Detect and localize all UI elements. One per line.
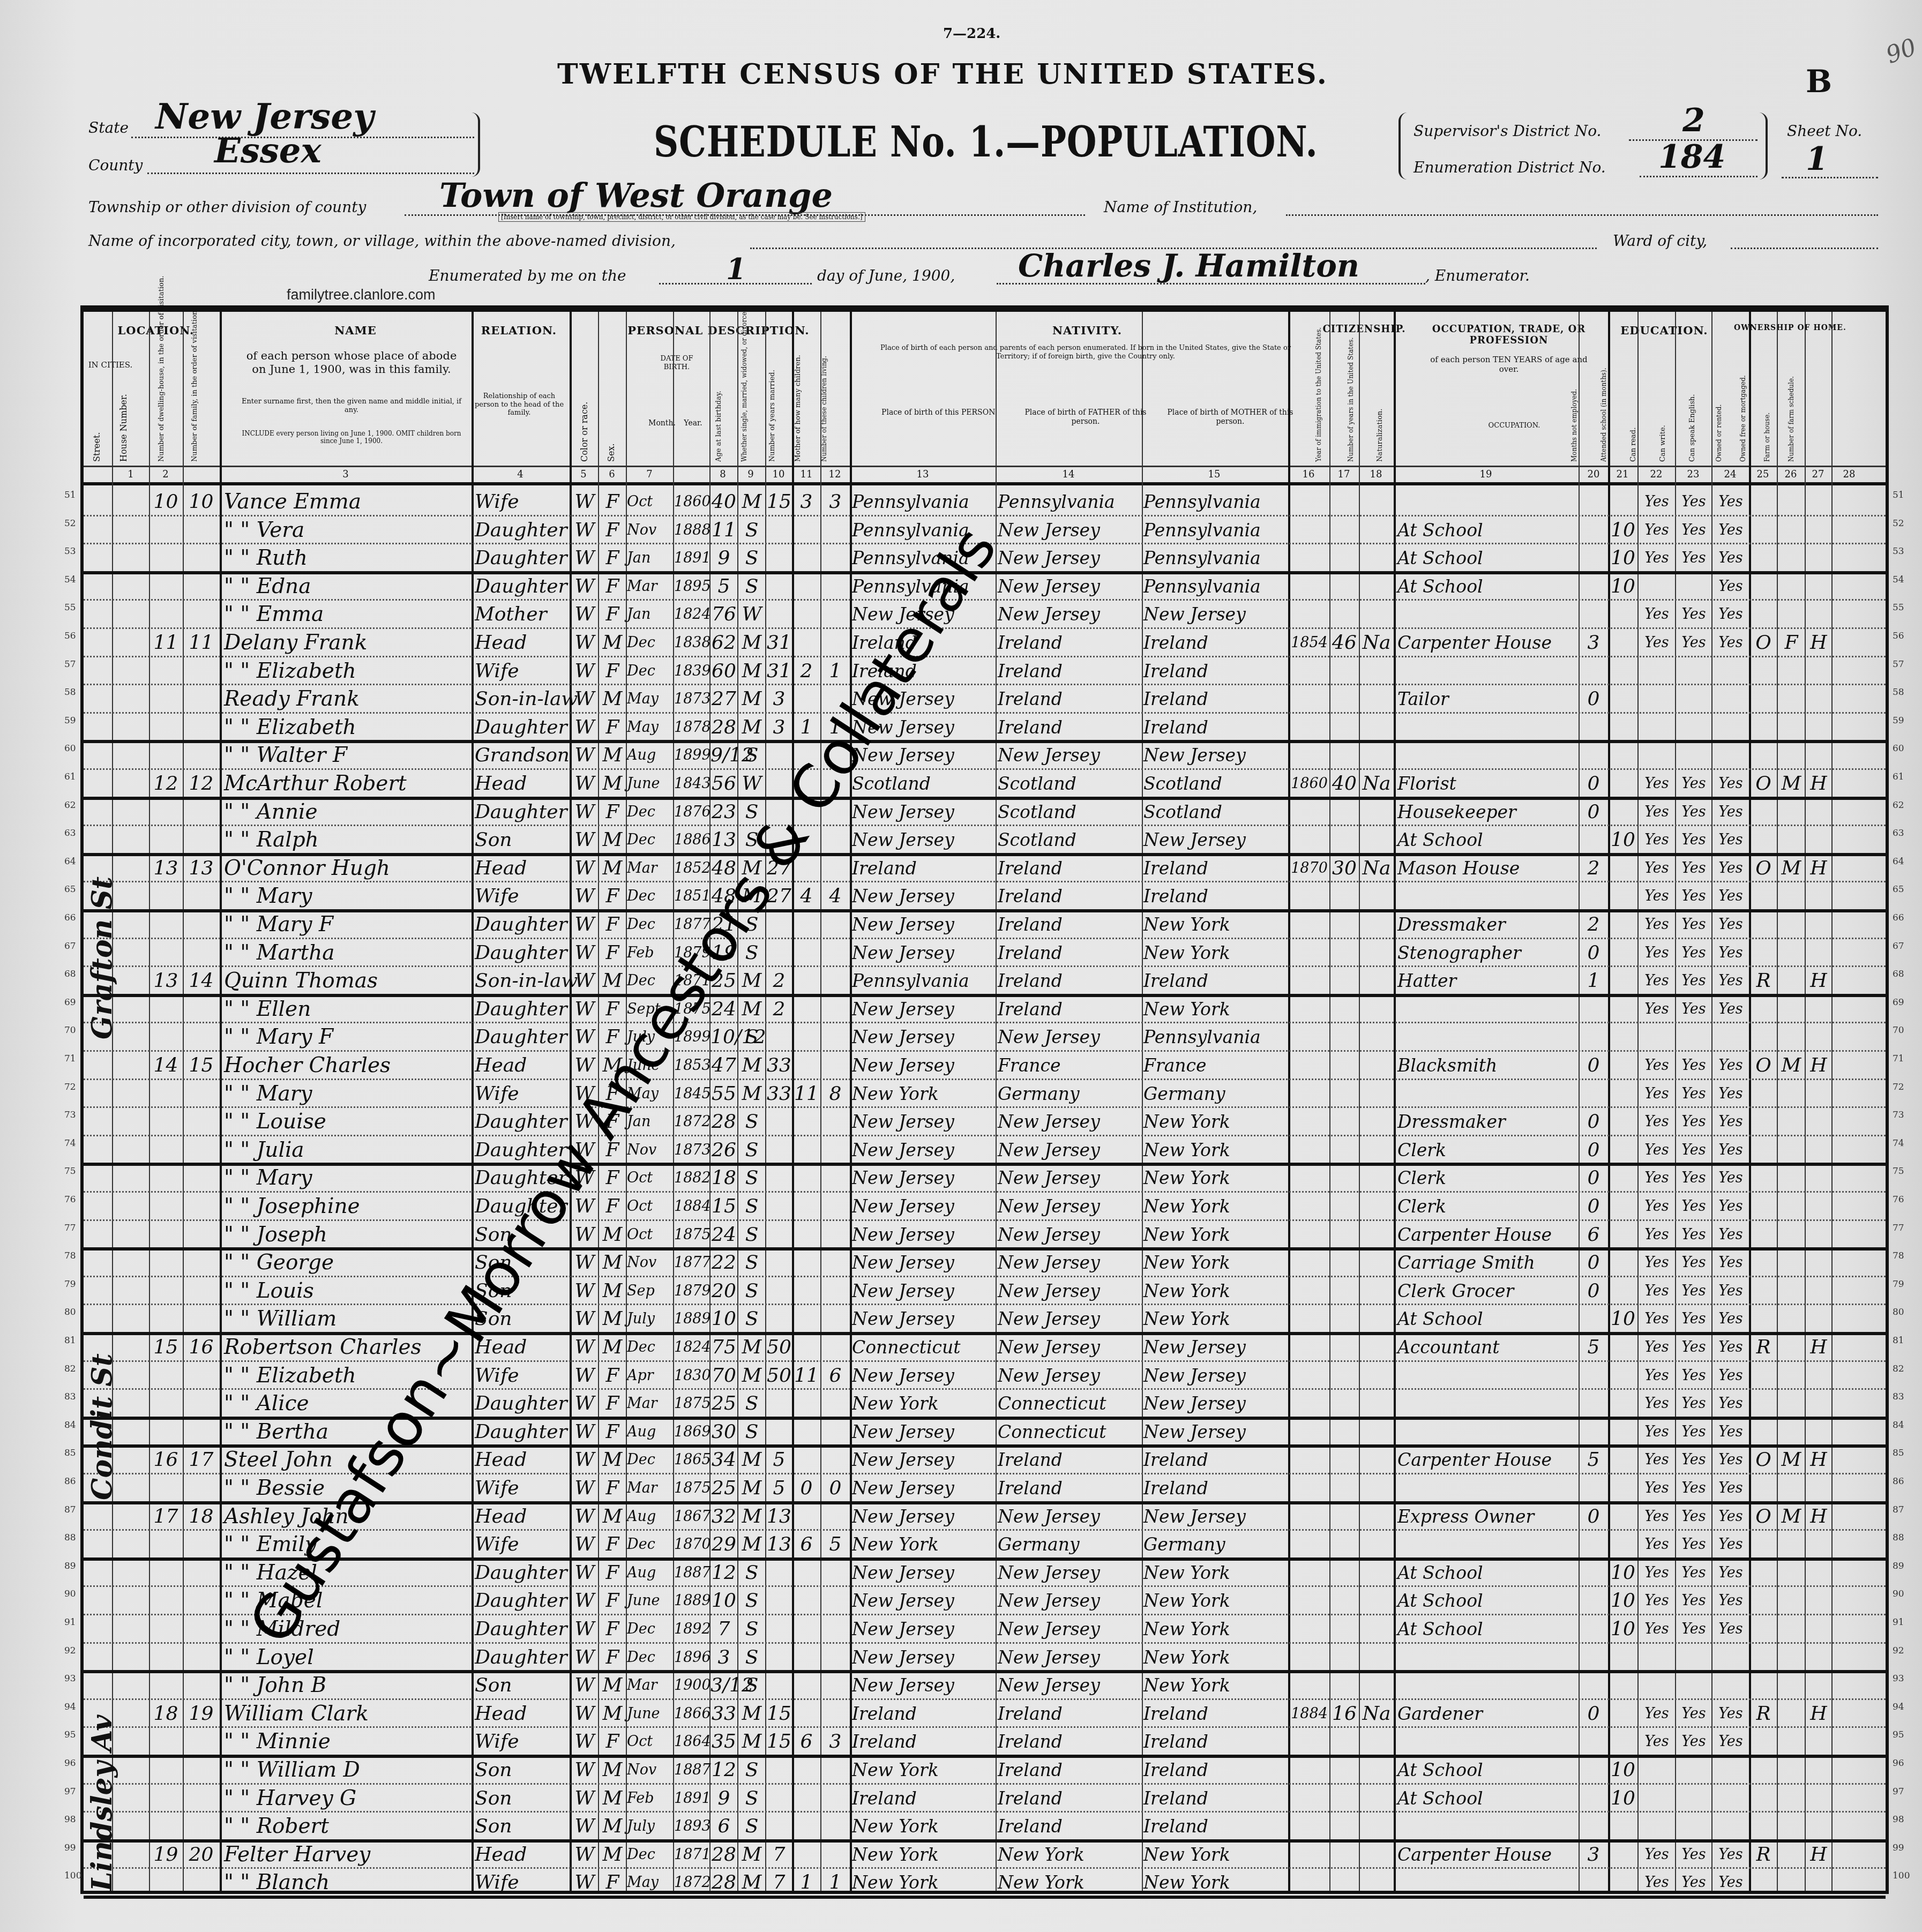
hdr-age: Age at last birthday.: [715, 360, 723, 462]
cell-year: 1875: [674, 1220, 709, 1249]
cell-sex: M: [599, 1305, 626, 1333]
form-code: 7—224.: [943, 26, 1000, 42]
cell-mne: [1580, 1756, 1607, 1784]
in-cities-label: IN CITIES.: [84, 360, 137, 370]
cell-pobm: New York: [1143, 1107, 1287, 1136]
cell-read: Yes: [1639, 1248, 1675, 1277]
cell-pob: New Jersey: [852, 1305, 996, 1333]
cell-write: Yes: [1676, 1248, 1711, 1277]
ward-line: [1731, 248, 1878, 249]
cell-fh: [1806, 516, 1831, 544]
cell-pobm: Ireland: [1143, 1727, 1287, 1756]
cell-write: Yes: [1676, 1727, 1711, 1756]
cell-yus: [1330, 1080, 1358, 1108]
cell-dw: [149, 1220, 183, 1249]
cell-sch: [1609, 1530, 1637, 1559]
cell-moth: 0: [793, 1474, 820, 1502]
cell-dw: 13: [149, 854, 183, 882]
cell-month: Dec: [627, 1643, 673, 1672]
cell-nat: [1360, 939, 1393, 967]
cell-rel: Son-in-law: [475, 967, 569, 995]
cell-pobf: New Jersey: [998, 1277, 1141, 1305]
cell-sex: M: [599, 628, 626, 657]
cell-color: W: [571, 798, 598, 826]
table-row: 1313O'Connor HughHeadWMMar185248M27Irela…: [84, 854, 1886, 882]
cell-pob: New Jersey: [852, 1559, 996, 1587]
cell-name: " " Martha: [224, 939, 470, 967]
cell-fh: [1806, 1868, 1831, 1897]
cell-mar: S: [738, 1784, 765, 1813]
line-number: 97: [64, 1786, 76, 1797]
cell-write: Yes: [1676, 1530, 1711, 1559]
pob-mother-label: Place of birth of MOTHER of this person.: [1158, 408, 1303, 426]
cell-free: M: [1778, 769, 1805, 798]
cell-write: Yes: [1676, 1220, 1711, 1249]
incorporated-city-label: Name of incorporated city, town, or vill…: [88, 232, 676, 250]
cell-own: R: [1750, 1840, 1777, 1869]
cell-occ: Clerk Grocer: [1397, 1277, 1579, 1305]
line-number: 73: [64, 1110, 76, 1120]
table-row: " " John BSonWMMar19003/12SNew JerseyNew…: [84, 1671, 1886, 1699]
cell-read: [1639, 572, 1675, 601]
cell-mne: [1580, 657, 1607, 685]
cell-moth: [793, 1643, 820, 1672]
cell-sex: M: [599, 967, 626, 995]
hdr-owned-free: Owned free or mortgaged.: [1739, 349, 1747, 462]
cell-moth: [793, 516, 820, 544]
cell-ym: 2: [766, 995, 792, 1023]
cell-pob: Pennsylvania: [852, 488, 996, 516]
cell-year: 1900: [674, 1671, 709, 1699]
cell-dw: [149, 1615, 183, 1643]
cell-sch: [1609, 488, 1637, 516]
ward-label: Ward of city,: [1613, 232, 1707, 250]
cell-pobf: Germany: [998, 1080, 1141, 1108]
cell-pobf: Ireland: [998, 967, 1141, 995]
cell-own: [1750, 516, 1777, 544]
cell-mar: M: [738, 1840, 765, 1869]
cell-yus: [1330, 1756, 1358, 1784]
cell-occ: Clerk: [1397, 1192, 1579, 1220]
table-row: " " MinnieWifeWFOct186435M1563IrelandIre…: [84, 1727, 1886, 1756]
cell-pobf: New Jersey: [998, 544, 1141, 572]
cell-age: 20: [711, 1277, 737, 1305]
cell-mne: [1580, 713, 1607, 742]
cell-pobf: Ireland: [998, 657, 1141, 685]
line-number: 80: [64, 1307, 76, 1317]
cell-fam: [183, 1727, 220, 1756]
cell-ym: [766, 1389, 792, 1418]
cell-nat: [1360, 1248, 1393, 1277]
table-row: " " GeorgeSonWMNov187722SNew JerseyNew J…: [84, 1248, 1886, 1277]
line-number: 88: [64, 1532, 76, 1543]
cell-imm: [1289, 685, 1329, 713]
cell-sex: F: [599, 1868, 626, 1897]
cell-write: [1676, 1643, 1711, 1672]
cell-eng: Yes: [1712, 967, 1749, 995]
cell-moth: 3: [793, 488, 820, 516]
cell-eng: Yes: [1712, 1530, 1749, 1559]
cell-moth: [793, 1812, 820, 1840]
column-number: 2: [155, 469, 176, 480]
header-bottom-rule: [84, 482, 1886, 485]
line-number: 82: [64, 1364, 76, 1374]
cell-liv: [821, 1699, 849, 1728]
table-row: " " RobertSonWMJuly18936SNew YorkIreland…: [84, 1812, 1886, 1840]
cell-occ: [1397, 488, 1579, 516]
cell-read: Yes: [1639, 1586, 1675, 1615]
cell-eng: Yes: [1712, 826, 1749, 854]
cell-age: 35: [711, 1727, 737, 1756]
cell-liv: [821, 1446, 849, 1474]
cell-own: [1750, 995, 1777, 1023]
cell-year: 1864: [674, 1727, 709, 1756]
cell-eng: Yes: [1712, 600, 1749, 628]
hdr-immigration-year: Year of immigration to the United States…: [1315, 349, 1322, 462]
column-number: 5: [573, 469, 594, 480]
cell-color: W: [571, 1756, 598, 1784]
cell-free: [1778, 1305, 1805, 1333]
cell-liv: [821, 516, 849, 544]
column-number: 6: [601, 469, 623, 480]
table-row: " " MarthaDaughterWFFeb187919SNew Jersey…: [84, 939, 1886, 967]
cell-dw: [149, 1727, 183, 1756]
cell-write: Yes: [1676, 1418, 1711, 1446]
cell-moth: [793, 1333, 820, 1361]
cell-mne: 0: [1580, 939, 1607, 967]
cell-write: Yes: [1676, 1389, 1711, 1418]
section-location: LOCATION.: [84, 324, 228, 337]
cell-age: 15: [711, 1192, 737, 1220]
cell-rel: Daughter: [475, 995, 569, 1023]
column-number: 8: [712, 469, 734, 480]
cell-pobm: New York: [1143, 939, 1287, 967]
cell-nat: [1360, 685, 1393, 713]
name-instructions: Enter surname first, then the given name…: [239, 398, 464, 414]
cell-pobf: Ireland: [998, 1784, 1141, 1813]
cell-mar: M: [738, 967, 765, 995]
cell-liv: 3: [821, 488, 849, 516]
cell-free: [1778, 1671, 1805, 1699]
cell-own: [1750, 1530, 1777, 1559]
line-number: 61: [64, 772, 76, 782]
cell-own: [1750, 1192, 1777, 1220]
cell-own: [1750, 1164, 1777, 1192]
cell-month: May: [627, 1868, 673, 1897]
cell-free: [1778, 1361, 1805, 1390]
cell-pob: New Jersey: [852, 1361, 996, 1390]
cell-ym: 33: [766, 1051, 792, 1080]
cell-month: June: [627, 1699, 673, 1728]
cell-liv: [821, 544, 849, 572]
cell-read: Yes: [1639, 1502, 1675, 1531]
cell-pobf: Ireland: [998, 628, 1141, 657]
cell-pobf: Ireland: [998, 1446, 1141, 1474]
supervisor-district-label: Supervisor's District No.: [1414, 122, 1601, 140]
cell-name: " " Blanch: [224, 1868, 470, 1897]
table-row: " " JuliaDaughterWFNov187326SNew JerseyN…: [84, 1136, 1886, 1164]
cell-pob: New Jersey: [852, 995, 996, 1023]
cell-mne: [1580, 1530, 1607, 1559]
cell-eng: Yes: [1712, 1051, 1749, 1080]
cell-mar: S: [738, 1671, 765, 1699]
cell-write: Yes: [1676, 1080, 1711, 1108]
line-number: 83: [1893, 1391, 1904, 1402]
cell-month: Dec: [627, 657, 673, 685]
cell-fh: H: [1806, 769, 1831, 798]
cell-moth: [793, 910, 820, 939]
cell-mar: S: [738, 544, 765, 572]
cell-ym: [766, 1418, 792, 1446]
cell-free: [1778, 1840, 1805, 1869]
cell-age: 9: [711, 544, 737, 572]
cell-ym: [766, 572, 792, 601]
cell-mar: M: [738, 1474, 765, 1502]
cell-moth: [793, 1615, 820, 1643]
cell-pobf: New Jersey: [998, 1305, 1141, 1333]
enumeration-district-label: Enumeration District No.: [1414, 159, 1606, 176]
line-number: 94: [1893, 1702, 1904, 1712]
cell-pobm: New York: [1143, 1136, 1287, 1164]
cell-color: W: [571, 685, 598, 713]
line-number: 65: [64, 884, 76, 895]
column-number-rule: [84, 466, 1886, 467]
cell-pobf: Connecticut: [998, 1389, 1141, 1418]
cell-age: 10: [711, 1586, 737, 1615]
cell-fam: [183, 1756, 220, 1784]
cell-fh: [1806, 995, 1831, 1023]
cell-eng: Yes: [1712, 1389, 1749, 1418]
cell-color: W: [571, 910, 598, 939]
line-number: 53: [1893, 546, 1904, 557]
cell-ym: [766, 1164, 792, 1192]
cell-own: [1750, 1615, 1777, 1643]
cell-free: [1778, 939, 1805, 967]
cell-month: Dec: [627, 798, 673, 826]
cell-mne: [1580, 1080, 1607, 1108]
cell-eng: Yes: [1712, 1840, 1749, 1869]
cell-read: Yes: [1639, 1192, 1675, 1220]
relation-description: Relationship of each person to the head …: [474, 392, 565, 417]
sheet-no-label: Sheet No.: [1787, 122, 1862, 140]
cell-pobm: New Jersey: [1143, 1333, 1287, 1361]
cell-month: May: [627, 713, 673, 742]
cell-pobm: Ireland: [1143, 967, 1287, 995]
cell-free: [1778, 1586, 1805, 1615]
cell-liv: [821, 628, 849, 657]
cell-free: [1778, 910, 1805, 939]
cell-pobm: Ireland: [1143, 1699, 1287, 1728]
cell-name: Delany Frank: [224, 628, 470, 657]
cell-liv: [821, 1389, 849, 1418]
cell-eng: Yes: [1712, 1277, 1749, 1305]
hdr-years-in-us: Number of years in the United States.: [1347, 349, 1355, 462]
cell-pobm: Ireland: [1143, 1812, 1287, 1840]
cell-fam: [183, 1220, 220, 1249]
cell-write: Yes: [1676, 1051, 1711, 1080]
cell-sch: 10: [1609, 1615, 1637, 1643]
cell-own: [1750, 1277, 1777, 1305]
cell-fh: [1806, 1192, 1831, 1220]
cell-pobm: New York: [1143, 1643, 1287, 1672]
cell-read: [1639, 1671, 1675, 1699]
cell-free: [1778, 1418, 1805, 1446]
cell-write: Yes: [1676, 628, 1711, 657]
cell-free: [1778, 1643, 1805, 1672]
cell-write: Yes: [1676, 1164, 1711, 1192]
hdr-family-number: Number of family, in the order of visita…: [191, 344, 199, 462]
cell-eng: Yes: [1712, 769, 1749, 798]
column-number: 28: [1838, 469, 1860, 480]
cell-year: 1891: [674, 1784, 709, 1813]
cell-age: 56: [711, 769, 737, 798]
cell-sch: [1609, 1389, 1637, 1418]
line-number: 62: [64, 800, 76, 811]
cell-color: W: [571, 939, 598, 967]
cell-sch: 10: [1609, 1305, 1637, 1333]
hdr-can-read: Can read.: [1629, 408, 1637, 462]
cell-mne: [1580, 1418, 1607, 1446]
cell-age: 12: [711, 1559, 737, 1587]
corner-page-number: 90: [1882, 33, 1920, 69]
cell-free: [1778, 1192, 1805, 1220]
cell-pobf: New Jersey: [998, 1333, 1141, 1361]
cell-imm: [1289, 1868, 1329, 1897]
line-number: 100: [64, 1870, 81, 1881]
line-number: 58: [64, 687, 76, 698]
cell-write: Yes: [1676, 544, 1711, 572]
cell-pob: New Jersey: [852, 1671, 996, 1699]
cell-free: [1778, 1164, 1805, 1192]
cell-pob: New York: [852, 1868, 996, 1897]
cell-eng: Yes: [1712, 1559, 1749, 1587]
cell-sex: F: [599, 798, 626, 826]
cell-year: 1839: [674, 657, 709, 685]
cell-year: 1830: [674, 1361, 709, 1390]
cell-pob: New Jersey: [852, 1446, 996, 1474]
cell-age: 28: [711, 713, 737, 742]
cell-mar: S: [738, 1812, 765, 1840]
cell-fam: [183, 1080, 220, 1108]
hdr-color: Color or race.: [579, 387, 589, 462]
cell-liv: [821, 1840, 849, 1869]
cell-color: W: [571, 1586, 598, 1615]
cell-eng: Yes: [1712, 854, 1749, 882]
cell-mne: 0: [1580, 1502, 1607, 1531]
table-row: " " EmmaMotherWFJan182476WNew JerseyNew …: [84, 600, 1886, 628]
cell-imm: [1289, 544, 1329, 572]
section-personal-description: PERSONAL DESCRIPTION.: [574, 324, 863, 337]
cell-own: [1750, 910, 1777, 939]
county-value: Essex: [214, 131, 321, 171]
cell-pob: New Jersey: [852, 1418, 996, 1446]
cell-yus: [1330, 1220, 1358, 1249]
cell-month: Dec: [627, 1530, 673, 1559]
cell-pobf: New Jersey: [998, 1559, 1141, 1587]
cell-fam: [183, 939, 220, 967]
cell-write: Yes: [1676, 769, 1711, 798]
cell-year: 1872: [674, 1868, 709, 1897]
line-number: 52: [64, 518, 76, 529]
cell-pobm: New Jersey: [1143, 1418, 1287, 1446]
cell-ym: 15: [766, 1699, 792, 1728]
cell-pobm: Ireland: [1143, 657, 1287, 685]
cell-ym: [766, 1643, 792, 1672]
cell-dw: [149, 600, 183, 628]
cell-eng: [1712, 1812, 1749, 1840]
cell-dw: [149, 713, 183, 742]
cell-sex: F: [599, 1192, 626, 1220]
cell-mne: [1580, 1559, 1607, 1587]
cell-write: Yes: [1676, 1559, 1711, 1587]
cell-rel: Daughter: [475, 1559, 569, 1587]
cell-ym: 33: [766, 1080, 792, 1108]
cell-sch: 10: [1609, 1756, 1637, 1784]
cell-sex: F: [599, 1418, 626, 1446]
cell-rel: Wife: [475, 882, 569, 910]
cell-name: " " Mary: [224, 1080, 470, 1108]
line-number: 93: [1893, 1673, 1904, 1684]
cell-pobm: Ireland: [1143, 1784, 1287, 1813]
cell-imm: [1289, 1784, 1329, 1813]
cell-nat: [1360, 572, 1393, 601]
cell-write: [1676, 1784, 1711, 1813]
cell-age: 28: [711, 1868, 737, 1897]
line-number: 63: [64, 828, 76, 838]
line-number: 99: [64, 1843, 76, 1853]
column-number: 16: [1298, 469, 1319, 480]
cell-read: [1639, 657, 1675, 685]
cell-name: Ready Frank: [224, 685, 470, 713]
cell-mne: [1580, 516, 1607, 544]
cell-read: [1639, 713, 1675, 742]
cell-own: [1750, 1220, 1777, 1249]
cell-pobf: Ireland: [998, 995, 1141, 1023]
cell-liv: [821, 1615, 849, 1643]
cell-yus: [1330, 1671, 1358, 1699]
cell-sex: F: [599, 1586, 626, 1615]
line-number: 92: [1893, 1645, 1904, 1656]
census-page: 7—224. TWELFTH CENSUS OF THE UNITED STAT…: [0, 0, 1922, 1932]
cell-color: W: [571, 1023, 598, 1051]
cell-ym: [766, 1277, 792, 1305]
cell-month: Aug: [627, 1418, 673, 1446]
cell-dw: [149, 741, 183, 769]
cell-nat: [1360, 1784, 1393, 1813]
cell-sex: M: [599, 1220, 626, 1249]
cell-fam: [183, 882, 220, 910]
cell-ym: [766, 1023, 792, 1051]
cell-fam: [183, 1136, 220, 1164]
cell-sch: [1609, 1277, 1637, 1305]
cell-write: [1676, 713, 1711, 742]
line-number: 86: [1893, 1476, 1904, 1487]
cell-read: Yes: [1639, 769, 1675, 798]
cell-pobm: Ireland: [1143, 1756, 1287, 1784]
column-number: 23: [1682, 469, 1704, 480]
cell-occ: At School: [1397, 544, 1579, 572]
cell-sch: [1609, 1107, 1637, 1136]
cell-occ: [1397, 600, 1579, 628]
cell-rel: Head: [475, 1051, 569, 1080]
cell-age: 28: [711, 1840, 737, 1869]
cell-moth: [793, 685, 820, 713]
cell-nat: [1360, 798, 1393, 826]
county-line: [147, 173, 474, 174]
cell-pobm: New York: [1143, 1615, 1287, 1643]
cell-month: Mar: [627, 1474, 673, 1502]
cell-moth: [793, 1051, 820, 1080]
